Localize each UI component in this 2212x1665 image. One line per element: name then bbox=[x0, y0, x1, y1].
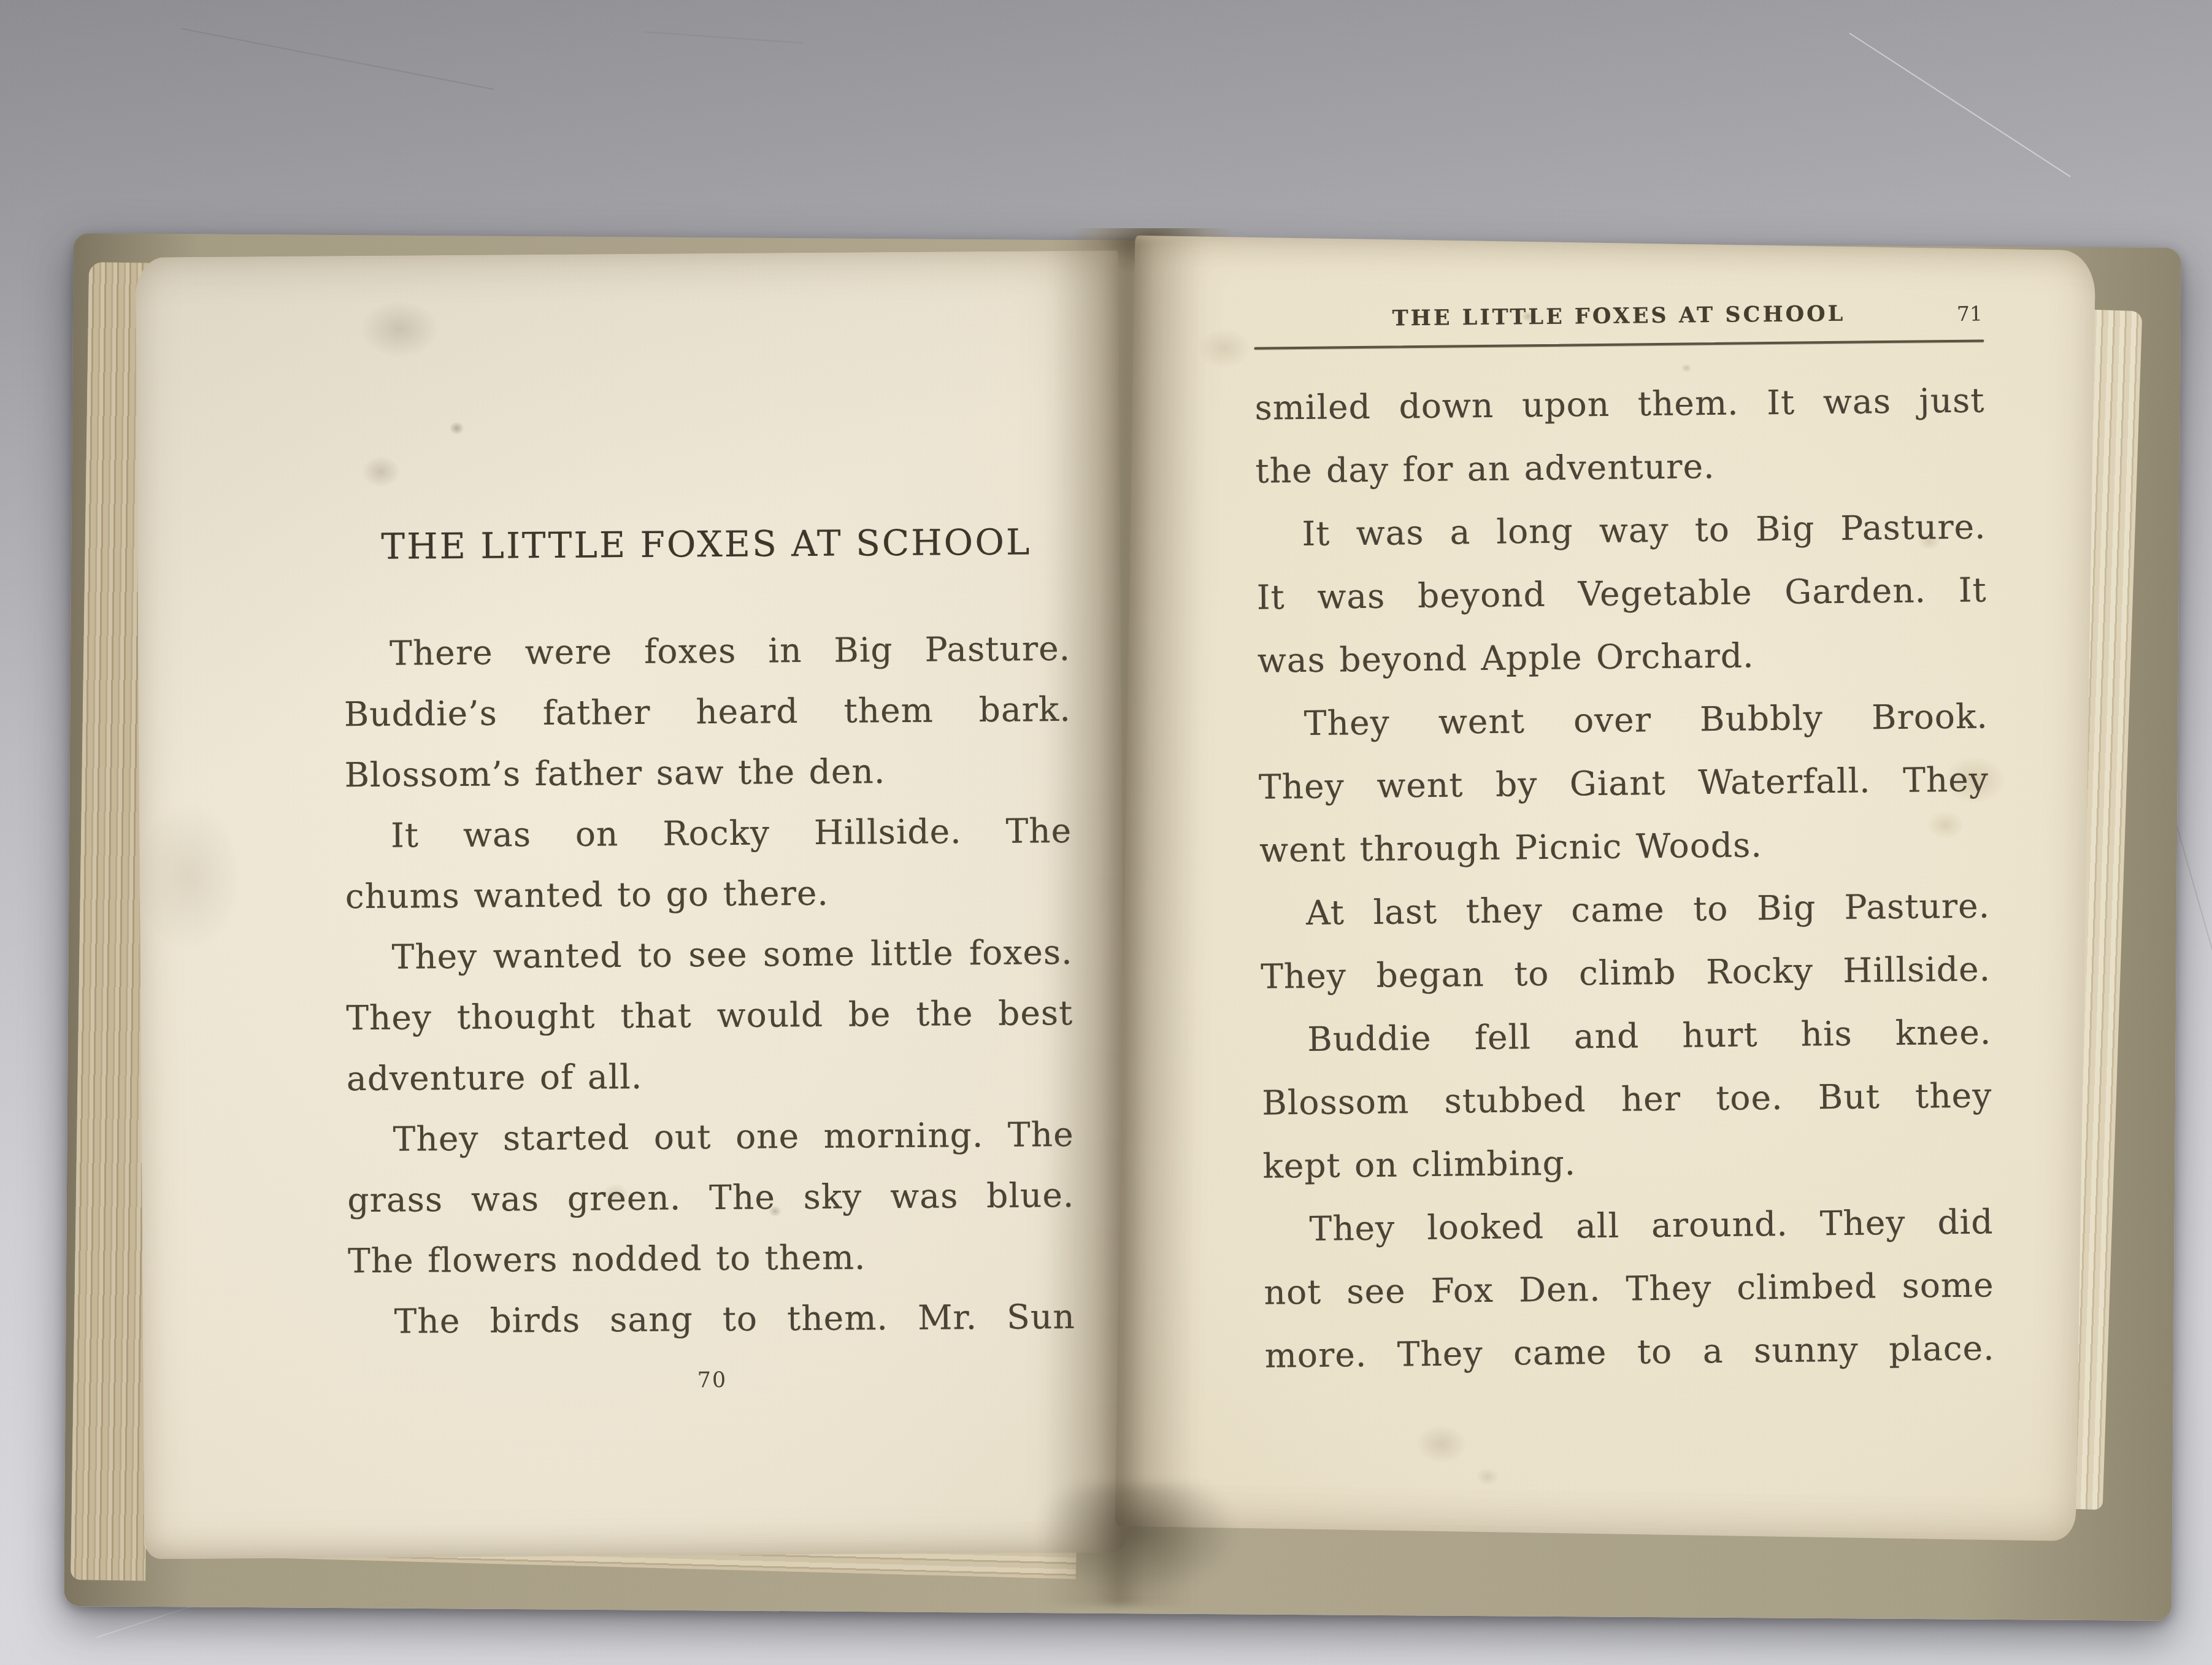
text-line: They began to climb Rocky Hillside. bbox=[1261, 937, 1991, 1008]
text-line: grass was green. The sky was blue. bbox=[347, 1165, 1075, 1231]
text-line: kept on climbing. bbox=[1262, 1127, 1993, 1198]
right-page-text-block: THE LITTLE FOXES AT SCHOOL 71 smiled dow… bbox=[1254, 300, 1995, 1387]
text-line: They went over Bubbly Brook. bbox=[1258, 685, 1988, 755]
text-line: went through Picnic Woods. bbox=[1259, 811, 1990, 882]
right-page-number: 71 bbox=[1957, 302, 1983, 325]
left-page: THE LITTLE FOXES AT SCHOOL There were fo… bbox=[136, 250, 1127, 1559]
running-head-row: THE LITTLE FOXES AT SCHOOL 71 bbox=[1254, 300, 1984, 332]
left-page-body: There were foxes in Big Pasture.Buddie’s… bbox=[344, 618, 1075, 1352]
text-line: Buddie’s father heard them bark. bbox=[344, 679, 1071, 745]
text-line: They thought that would be the best bbox=[346, 983, 1073, 1048]
left-page-text-block: THE LITTLE FOXES AT SCHOOL There were fo… bbox=[343, 524, 1076, 1395]
table-scratch bbox=[1849, 33, 2071, 177]
text-line: They went by Giant Waterfall. They bbox=[1258, 748, 1989, 818]
text-line: The flowers nodded to them. bbox=[348, 1226, 1075, 1291]
text-line: was beyond Apple Orchard. bbox=[1257, 621, 1987, 692]
table-scratch bbox=[181, 28, 494, 90]
text-line: They wanted to see some little foxes. bbox=[345, 922, 1073, 988]
text-line: It was on Rocky Hillside. The bbox=[345, 801, 1072, 866]
text-line: Blossom stubbed her toe. But they bbox=[1262, 1064, 1992, 1134]
text-line: chums wanted to go there. bbox=[345, 861, 1073, 927]
text-line: adventure of all. bbox=[347, 1044, 1074, 1109]
text-line: At last they came to Big Pasture. bbox=[1260, 874, 1991, 945]
text-line: smiled down upon them. It was just bbox=[1254, 369, 1985, 439]
left-page-number: 70 bbox=[348, 1366, 1075, 1395]
header-rule bbox=[1254, 339, 1984, 349]
right-page: THE LITTLE FOXES AT SCHOOL 71 smiled dow… bbox=[1115, 236, 2096, 1541]
text-line: not see Fox Den. They climbed some bbox=[1264, 1253, 1994, 1324]
text-line: They started out one morning. The bbox=[347, 1104, 1074, 1170]
text-line: the day for an adventure. bbox=[1255, 432, 1986, 502]
text-line: There were foxes in Big Pasture. bbox=[344, 618, 1071, 684]
text-line: Blossom’s father saw the den. bbox=[344, 740, 1072, 806]
right-page-body: smiled down upon them. It was justthe da… bbox=[1254, 369, 1995, 1387]
table-scratch bbox=[644, 31, 804, 44]
text-line: Buddie fell and hurt his knee. bbox=[1261, 1001, 1992, 1071]
photo-scene: THE LITTLE FOXES AT SCHOOL There were fo… bbox=[0, 0, 2212, 1665]
gutter-bottom-shadow bbox=[1005, 1485, 1269, 1626]
gutter-shadow bbox=[1039, 237, 1206, 1607]
text-line: They looked all around. They did bbox=[1263, 1190, 1994, 1261]
text-line: It was beyond Vegetable Garden. It bbox=[1256, 558, 1987, 629]
text-line: The birds sang to them. Mr. Sun bbox=[348, 1286, 1075, 1352]
chapter-title: THE LITTLE FOXES AT SCHOOL bbox=[343, 524, 1070, 564]
text-line: more. They came to a sunny place. bbox=[1264, 1317, 1995, 1387]
running-head: THE LITTLE FOXES AT SCHOOL bbox=[1254, 300, 1984, 332]
text-line: It was a long way to Big Pasture. bbox=[1256, 495, 1986, 566]
